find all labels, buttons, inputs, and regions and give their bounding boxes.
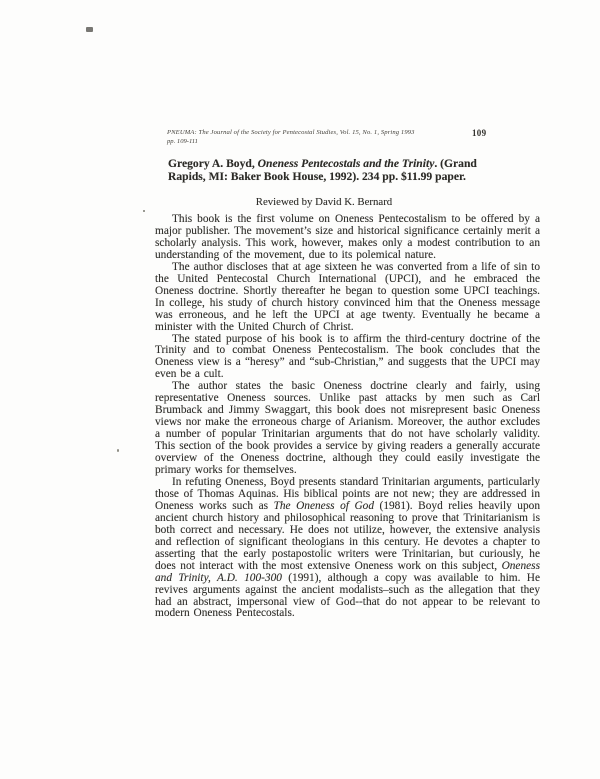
scanned-journal-page: PNEUMA: The Journal of the Society for P… xyxy=(0,0,600,779)
journal-title-line: PNEUMA: The Journal of the Society for P… xyxy=(167,129,415,136)
body-paragraph: This book is the first volume on Oneness… xyxy=(155,214,540,262)
journal-running-head: PNEUMA: The Journal of the Society for P… xyxy=(167,129,415,145)
citation-line-2: Rapids, MI: Baker Book House, 1992). 234… xyxy=(168,170,477,183)
scan-smudge xyxy=(86,27,93,32)
body-paragraph: The author states the basic Oneness doct… xyxy=(155,381,540,477)
scan-speck xyxy=(143,210,145,212)
body-paragraph: In refuting Oneness, Boyd presents stand… xyxy=(155,477,540,620)
journal-pages-line: pp. 109-111 xyxy=(167,138,415,145)
body-paragraph: The stated purpose of his book is to aff… xyxy=(155,334,540,382)
book-citation: Gregory A. Boyd, Oneness Pentecostals an… xyxy=(168,157,477,183)
reviewer-byline: Reviewed by David K. Bernard xyxy=(168,196,480,208)
page-number: 109 xyxy=(472,128,486,138)
citation-line-1: Gregory A. Boyd, Oneness Pentecostals an… xyxy=(168,157,477,170)
review-body: This book is the first volume on Oneness… xyxy=(155,214,540,620)
scan-speck xyxy=(117,449,119,452)
body-paragraph: The author discloses that at age sixteen… xyxy=(155,262,540,334)
